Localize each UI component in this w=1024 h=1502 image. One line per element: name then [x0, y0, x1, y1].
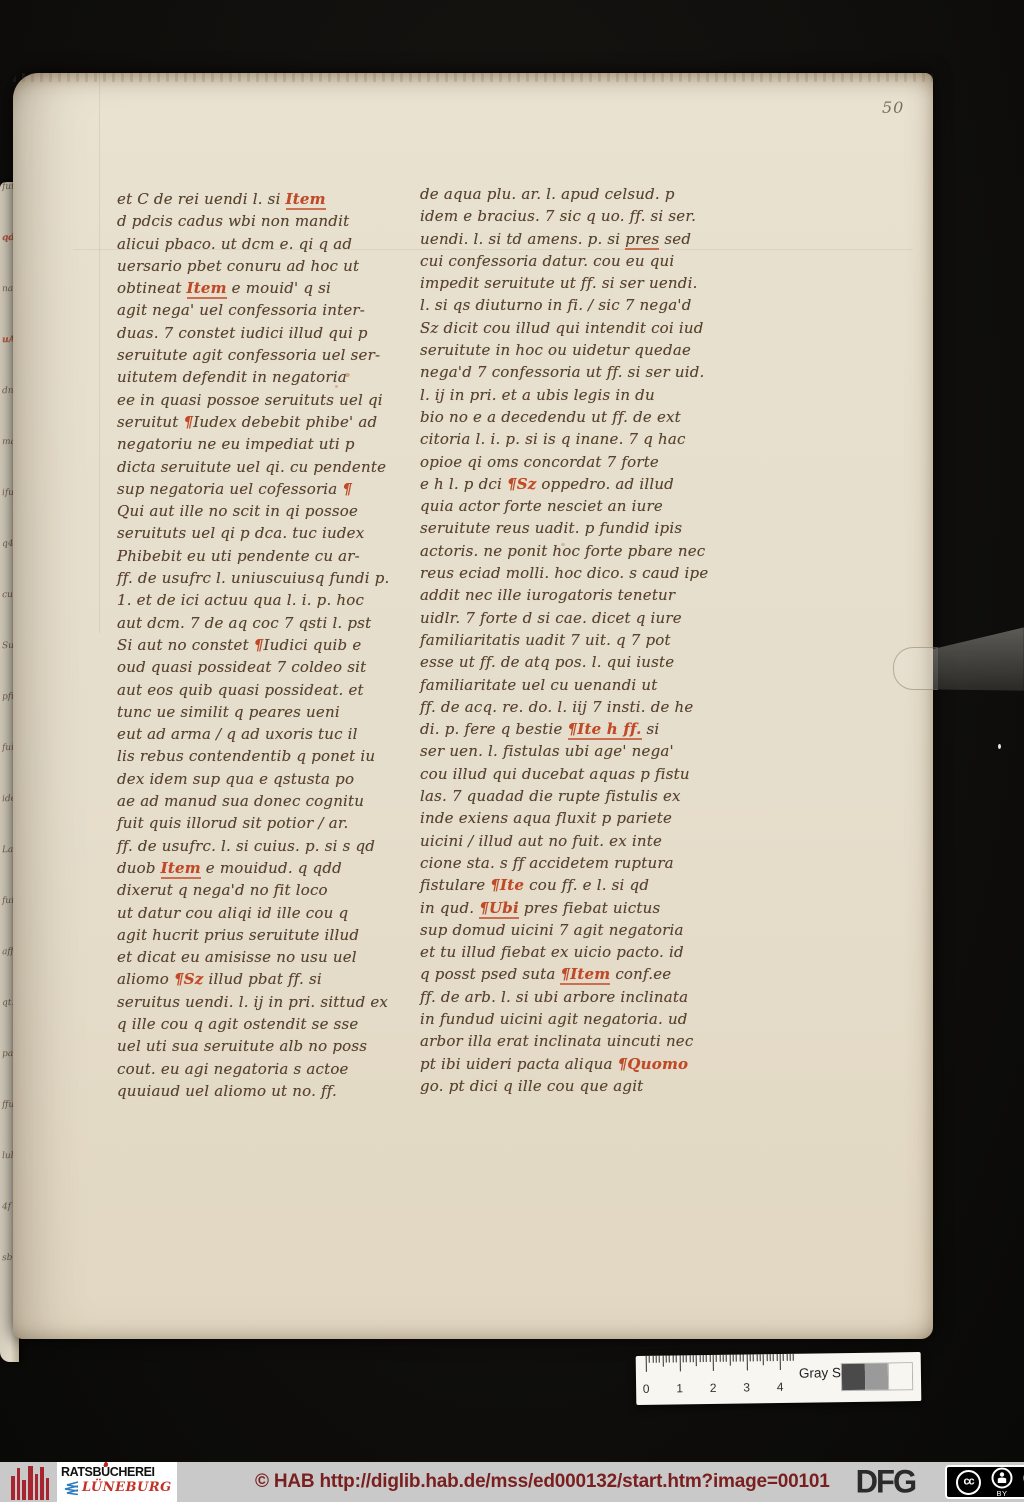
manuscript-line: aut eos quib quasi possideat. et — [117, 679, 389, 701]
manuscript-line: negatoriu ne eu impediat uti p — [117, 433, 389, 455]
manuscript-line: go. pt dici q ille cou que agit — [420, 1075, 708, 1097]
manuscript-line: ff. de usufrc. l. si cuius. p. si s qd — [117, 835, 389, 857]
manuscript-line: obtineat Item e mouid' q si — [117, 277, 389, 299]
manuscript-line: in qud. ¶Ubi pres fiebat uictus — [420, 897, 708, 919]
manuscript-line: aliomo ¶Sz illud pbat ff. si — [117, 968, 389, 990]
right-text-column: de aqua plu. ar. l. apud celsud. pidem e… — [420, 183, 708, 1097]
gray-patch-mid — [865, 1363, 888, 1389]
manuscript-line: ff. de arb. l. si ubi arbore inclinata — [420, 986, 708, 1008]
lueneburg-name: LÜNEBURG — [82, 1480, 172, 1495]
manuscript-line: cione sta. s ff accidetem ruptura — [420, 852, 708, 874]
cc-by-person-icon — [991, 1467, 1013, 1489]
manuscript-line: quia actor forte nesciet an iure — [420, 495, 708, 517]
manuscript-line: ff. de acq. re. do. l. iij 7 insti. de h… — [420, 696, 708, 718]
lueneburg-wave-icon — [63, 1481, 79, 1495]
manuscript-line: cou illud qui ducebat aquas p fistu — [420, 763, 708, 785]
manuscript-line: pt ibi uideri pacta aliqua ¶Quomo — [420, 1053, 708, 1075]
manuscript-line: sup domud uicini 7 agit negatoria — [420, 919, 708, 941]
manuscript-line: quuiaud uel aliomo ut no. ff. — [117, 1080, 389, 1102]
manuscript-line: fuit quis illorud sit potior / ar. — [117, 812, 389, 834]
manuscript-line: seruitute in hoc ou uidetur quedae — [420, 339, 708, 361]
manuscript-line: familiaritate uel cu uenandi ut — [420, 674, 708, 696]
footer-bar: RATSBÜCHEREI LÜNEBURG © HAB http://digli… — [0, 1462, 1024, 1502]
manuscript-line: addit nec ille iurogatoris tenetur — [420, 584, 708, 606]
manuscript-line: lis rebus contendentib q ponet iu — [117, 745, 389, 767]
manuscript-line: cout. eu agi negatoria s actoe — [117, 1058, 389, 1080]
manuscript-line: las. 7 quadad die rupte fistulis ex — [420, 785, 708, 807]
manuscript-line: et C de rei uendi l. si Item — [117, 188, 389, 210]
cc-license-badge[interactable]: cc BY SA — [945, 1465, 1024, 1499]
manuscript-line: uel uti sua seruitute alb no poss — [117, 1035, 389, 1057]
manuscript-line: seruitus uendi. l. ij in pri. sittud ex — [117, 991, 389, 1013]
bookmark-tab-band — [930, 626, 1024, 692]
manuscript-line: uitutem defendit in negatoria — [117, 366, 389, 388]
manuscript-line: arbor illa erat inclinata uincuti nec — [420, 1030, 708, 1052]
scan-photo-area: futqdnauAdnilmagifueq4dcuniSualpfinifuit… — [0, 0, 1024, 1462]
dfg-logo[interactable]: DFG — [856, 1463, 915, 1501]
manuscript-line: alicui pbaco. ut dcm e. qi q ad — [117, 233, 389, 255]
manuscript-line: seruituts uel qi p dca. tuc iudex — [117, 522, 389, 544]
manuscript-line: duas. 7 constet iudici illud qui p — [117, 322, 389, 344]
manuscript-line: seruitute reus uadit. p fundid ipis — [420, 517, 708, 539]
ruler-grayscale-card: 01234 Gray Scale — [636, 1352, 922, 1405]
manuscript-line: uendi. l. si td amens. p. si pres sed — [420, 228, 708, 250]
manuscript-line: uicini / illud aut no fuit. ex inte — [420, 830, 708, 852]
manuscript-line: ff. de usufrc l. uniuscuiusq fundi p. — [117, 567, 389, 589]
manuscript-line: ee in quasi possoe seruituts uel qi — [117, 389, 389, 411]
ruler-ticks — [646, 1354, 806, 1374]
ratsbuecherei-logo[interactable]: RATSBÜCHEREI LÜNEBURG — [5, 1462, 177, 1502]
manuscript-line: duob Item e mouidud. q qdd — [117, 857, 389, 879]
manuscript-line: cui confessoria datur. cou eu qui — [420, 250, 708, 272]
manuscript-line: agit nega' uel confessoria inter- — [117, 299, 389, 321]
manuscript-line: citoria l. i. p. si is q inane. 7 q hac — [420, 428, 708, 450]
manuscript-line: in fundud uicini agit negatoria. ud — [420, 1008, 708, 1030]
manuscript-line: idem e bracius. 7 sic q uo. ff. si ser. — [420, 205, 708, 227]
manuscript-line: opioe qi oms concordat 7 forte — [420, 451, 708, 473]
manuscript-line: e h l. p dci ¶Sz oppedro. ad illud — [420, 473, 708, 495]
manuscript-line: de aqua plu. ar. l. apud celsud. p — [420, 183, 708, 205]
manuscript-line: dex idem sup qua e qstusta po — [117, 768, 389, 790]
manuscript-line: uidlr. 7 forte d si cae. dicet q iure — [420, 607, 708, 629]
manuscript-line: eut ad arma / q ad uxoris tuc il — [117, 723, 389, 745]
manuscript-line: sup negatoria uel cofessoria ¶ — [117, 478, 389, 500]
manuscript-line: Qui aut ille no scit in qi possoe — [117, 500, 389, 522]
manuscript-line: tunc ue similit q peares ueni — [117, 701, 389, 723]
manuscript-line: fistulare ¶Ite cou ff. e l. si qd — [420, 874, 708, 896]
gray-patch-dark — [842, 1364, 865, 1390]
dust-speck — [998, 744, 1001, 749]
manuscript-line: q posst psed suta ¶Item conf.ee — [420, 963, 708, 985]
manuscript-line: aut dcm. 7 de aq coc 7 qsti l. pst — [117, 612, 389, 634]
cc-icon: cc — [956, 1470, 981, 1495]
manuscript-line: ut datur cou aliqi id ille cou q — [117, 902, 389, 924]
page-crease — [99, 73, 100, 633]
manuscript-line: nega'd 7 confessoria ut ff. si ser uid. — [420, 361, 708, 383]
manuscript-line: et dicat eu amisisse no usu uel — [117, 946, 389, 968]
manuscript-line: agit hucrit prius seruitute illud — [117, 924, 389, 946]
manuscript-line: seruitute agit confessoria uel ser- — [117, 344, 389, 366]
manuscript-line: Phibebit eu uti pendente cu ar- — [117, 545, 389, 567]
manuscript-line: esse ut ff. de atq pos. l. qui iuste — [420, 651, 708, 673]
ratsbuecherei-wordmark: RATSBÜCHEREI LÜNEBURG — [57, 1462, 177, 1502]
manuscript-line: uersario pbet conuru ad hoc ut — [117, 255, 389, 277]
manuscript-line: Si aut no constet ¶Iudici quib e — [117, 634, 389, 656]
page-top-grime — [13, 73, 933, 82]
copyright-url[interactable]: © HAB http://diglib.hab.de/mss/ed000132/… — [255, 1471, 830, 1493]
manuscript-line: reus eciad molli. hoc dico. s caud ipe — [420, 562, 708, 584]
manuscript-line: oud quasi possideat 7 coldeo sit — [117, 656, 389, 678]
manuscript-line: dixerut q nega'd no fit loco — [117, 879, 389, 901]
manuscript-line: d pdcis cadus wbi non mandit — [117, 210, 389, 232]
gray-scale-patches — [841, 1362, 913, 1391]
ratsbuecherei-name: RATSBÜCHEREI — [61, 1465, 173, 1479]
umlaut-flame-icon — [104, 1462, 108, 1467]
manuscript-line: l. si qs diuturno in fi. / sic 7 nega'd — [420, 294, 708, 316]
manuscript-line: et tu illud fiebat ex uicio pacto. id — [420, 941, 708, 963]
manuscript-line: Sz dicit cou illud qui intendit coi iud — [420, 317, 708, 339]
left-text-column: et C de rei uendi l. si Itemd pdcis cadu… — [117, 188, 389, 1102]
manuscript-line: 1. et de ici actuu qua l. i. p. hoc — [117, 589, 389, 611]
manuscript-line: l. ij in pri. et a ubis legis in du — [420, 384, 708, 406]
manuscript-line: seruitut ¶Iudex debebit phibe' ad — [117, 411, 389, 433]
cc-by-item: BY — [991, 1467, 1013, 1498]
ratsbuecherei-bars-icon — [11, 1464, 49, 1500]
manuscript-line: ser uen. l. fistulas ubi age' nega' — [420, 740, 708, 762]
manuscript-line: ae ad manud sua donec cognitu — [117, 790, 389, 812]
manuscript-line: inde exiens aqua fluxit p pariete — [420, 807, 708, 829]
manuscript-line: familiaritatis uadit 7 uit. q 7 pot — [420, 629, 708, 651]
manuscript-line: impedit seruitute ut ff. si ser uendi. — [420, 272, 708, 294]
manuscript-line: q ille cou q agit ostendit se sse — [117, 1013, 389, 1035]
manuscript-line: actoris. ne ponit hoc forte pbare nec — [420, 540, 708, 562]
manuscript-line: di. p. fere q bestie ¶Ite h ff. si — [420, 718, 708, 740]
gray-patch-light — [888, 1363, 912, 1389]
folio-number: 50 — [882, 98, 904, 117]
manuscript-line: bio no e a decedendu ut ff. de ext — [420, 406, 708, 428]
manuscript-line: dicta seruitute uel qi. cu pendente — [117, 456, 389, 478]
digitized-manuscript-viewer: futqdnauAdnilmagifueq4dcuniSualpfinifuit… — [0, 0, 1024, 1502]
